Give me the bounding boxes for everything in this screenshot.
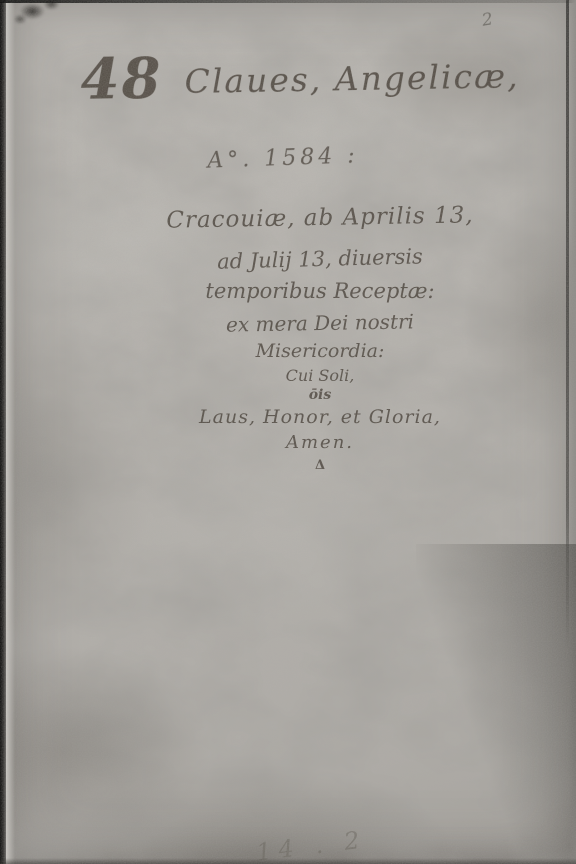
manuscript-line: ex mera Dei nostri	[104, 306, 536, 340]
manuscript-line-amen: Amen.	[104, 431, 536, 455]
manuscript-line: Cracouiæ, ab Aprilis 13,	[104, 199, 536, 237]
bottom-edge-shadow	[0, 858, 576, 864]
body-lines: Cracouiæ, ab Aprilis 13, ad Julij 13, di…	[104, 203, 536, 474]
manuscript-line: Laus, Honor, et Gloria,	[104, 405, 536, 430]
manuscript-line: ad Julij 13, diuersis	[104, 241, 537, 280]
title-number: 48	[80, 50, 163, 107]
title-line: 48 Claues, Angelicæ,	[88, 44, 513, 107]
title-text: Claues, Angelicæ,	[184, 44, 520, 101]
top-edge-shadow	[0, 0, 576, 3]
manuscript-scan: 2 48 Claues, Angelicæ, A°. 1584 : Cracou…	[0, 0, 576, 864]
dee-delta-symbol: Δ	[104, 457, 536, 474]
bottom-right-curl-shadow	[416, 544, 576, 864]
manuscript-line: temporibus Receptæ:	[104, 278, 536, 306]
left-page-edge-highlight	[6, 0, 15, 864]
manuscript-line-omnis-abbreviation: ōis	[104, 386, 536, 404]
manuscript-line: Cui Soli,	[104, 365, 536, 386]
manuscript-line: Misericordia:	[104, 339, 536, 364]
ink-blotch-top-left	[12, 0, 70, 30]
